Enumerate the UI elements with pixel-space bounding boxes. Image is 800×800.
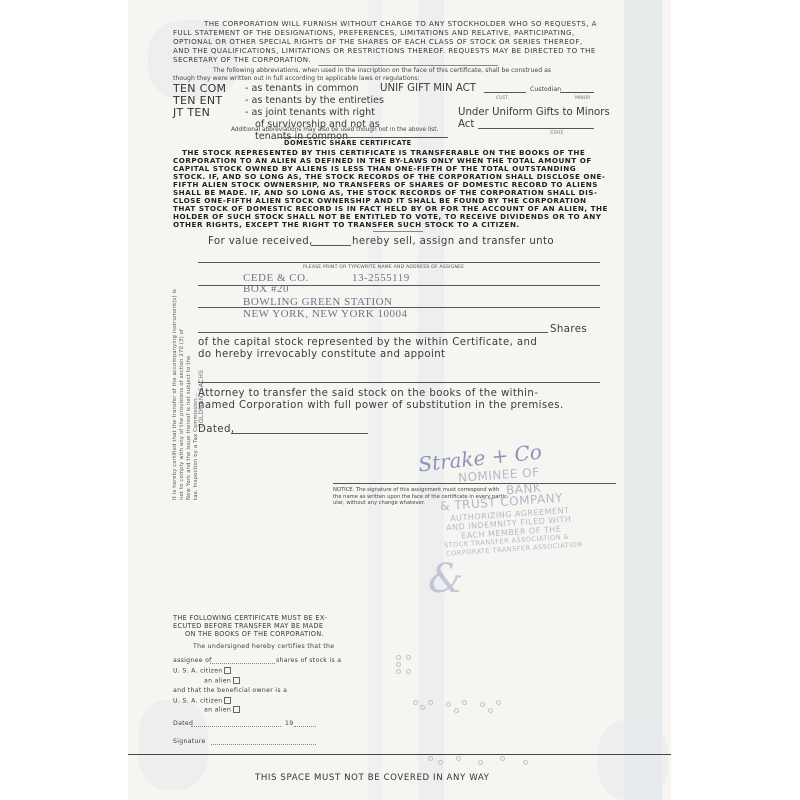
for-value-received: For value received, [208, 236, 313, 247]
alien-label: an alien [204, 707, 231, 714]
clause-line: OTHER RIGHTS, EXCEPT THE RIGHT TO TRANSF… [173, 221, 520, 230]
cert-year-blank[interactable] [294, 726, 316, 727]
cert-heading: THE FOLLOWING CERTIFICATE MUST BE EX- [173, 614, 327, 622]
state-label: STATE [550, 131, 564, 136]
cust-label: CUST. [496, 96, 509, 101]
beneficial-owner-text: and that the beneficial owner is a [173, 687, 287, 694]
background-print [138, 700, 208, 790]
cert-signature-label: Signature [173, 738, 206, 745]
domestic-title: DOMESTIC SHARE CERTIFICATE [284, 139, 412, 148]
shares-blank[interactable] [198, 332, 548, 333]
minor-label: MINOR [575, 96, 590, 101]
cert-heading: ON THE BOOKS OF THE CORPORATION. [185, 630, 324, 638]
stock-certificate-back: THE CORPORATION WILL FURNISH WITHOUT CHA… [128, 0, 671, 800]
attorney-line: Attorney to transfer the said stock on t… [198, 388, 538, 399]
appoint-line: do hereby irrevocably constitute and app… [198, 349, 445, 360]
attorney-line: named Corporation with full power of sub… [198, 400, 564, 411]
abbrev-intro: though they were written out in full acc… [173, 75, 420, 82]
custodian-label: Custodian [530, 86, 561, 93]
assignee-label: PLEASE PRINT OR TYPEWRITE NAME AND ADDRE… [303, 265, 464, 270]
under-uniform-gifts: Under Uniform Gifts to Minors [458, 107, 610, 118]
additional-abbrev-note: Additional abbreviations may also be use… [231, 127, 438, 133]
abbrev-desc: - as joint tenants with right [245, 107, 375, 118]
shares-of-stock: shares of stock is a [276, 657, 341, 664]
shares-label: Shares [550, 324, 587, 335]
assignee-address: BOX #20 [243, 283, 289, 295]
hereby-sell: hereby sell, assign and transfer unto [352, 236, 554, 247]
cert-signature-blank[interactable] [211, 744, 316, 745]
divider [373, 231, 423, 232]
footer-divider [128, 754, 671, 755]
cert-heading: ECUTED BEFORE TRANSFER MAY BE MADE [173, 622, 323, 630]
usa-citizen-checkbox[interactable] [224, 667, 231, 674]
dated-blank[interactable] [231, 433, 368, 434]
background-print [598, 720, 668, 800]
side-text: It is hereby certified that the transfer… [172, 289, 178, 500]
usa-citizen-1[interactable]: U. S. A. citizen [173, 667, 231, 675]
assignor-blank[interactable] [311, 245, 351, 246]
alien-checkbox[interactable] [233, 706, 240, 713]
act-label: Act [458, 119, 474, 130]
alien-label: an alien [204, 678, 231, 685]
side-stamp: GOLDMAN, SACHS [198, 370, 205, 428]
minor-blank[interactable] [560, 92, 594, 93]
shares-count-blank[interactable] [210, 663, 275, 665]
assignee-address: NEW YORK, NEW YORK 10004 [243, 308, 407, 320]
footer-notice: THIS SPACE MUST NOT BE COVERED IN ANY WA… [255, 773, 490, 783]
state-blank[interactable] [478, 128, 594, 129]
year-prefix: 19 [285, 720, 293, 727]
side-text: New York and the issue thereof is not su… [186, 356, 192, 500]
background-print-band [624, 0, 662, 800]
abbrev-desc: - as tenants in common [245, 83, 359, 94]
assignee-of: assignee of [173, 657, 212, 664]
alien-2[interactable]: an alien [204, 706, 240, 714]
usa-citizen-label: U. S. A. citizen [173, 668, 222, 675]
abbrev-desc: - as tenants by the entireties [245, 95, 384, 106]
notice-line: SECRETARY OF THE CORPORATION. [173, 56, 311, 65]
attorney-blank[interactable] [198, 382, 600, 383]
alien-checkbox[interactable] [233, 677, 240, 684]
cert-date-blank[interactable] [191, 726, 281, 727]
unif-gift-min-act: UNIF GIFT MIN ACT [380, 83, 476, 94]
divider [278, 137, 448, 138]
custodian-blank[interactable] [484, 92, 526, 93]
side-text: not to comply with any of the provisions… [179, 329, 185, 500]
notice-line: NOTICE. The signature of this assignment… [333, 487, 509, 494]
undersigned-text: The undersigned hereby certifies that th… [193, 643, 334, 650]
handwritten-mark: & [428, 556, 464, 602]
abbrev-intro: The following abbreviations, when used i… [213, 67, 551, 74]
usa-citizen-checkbox[interactable] [224, 697, 231, 704]
usa-citizen-2[interactable]: U. S. A. citizen [173, 697, 231, 705]
divider [318, 65, 498, 66]
assignee-tax-id: 13-2555119 [352, 272, 410, 284]
usa-citizen-label: U. S. A. citizen [173, 698, 222, 705]
assignee-line[interactable] [198, 262, 600, 263]
abbrev-jt-ten: JT TEN [173, 106, 210, 119]
alien-1[interactable]: an alien [204, 677, 240, 685]
capital-stock-line: of the capital stock represented by the … [198, 337, 537, 348]
